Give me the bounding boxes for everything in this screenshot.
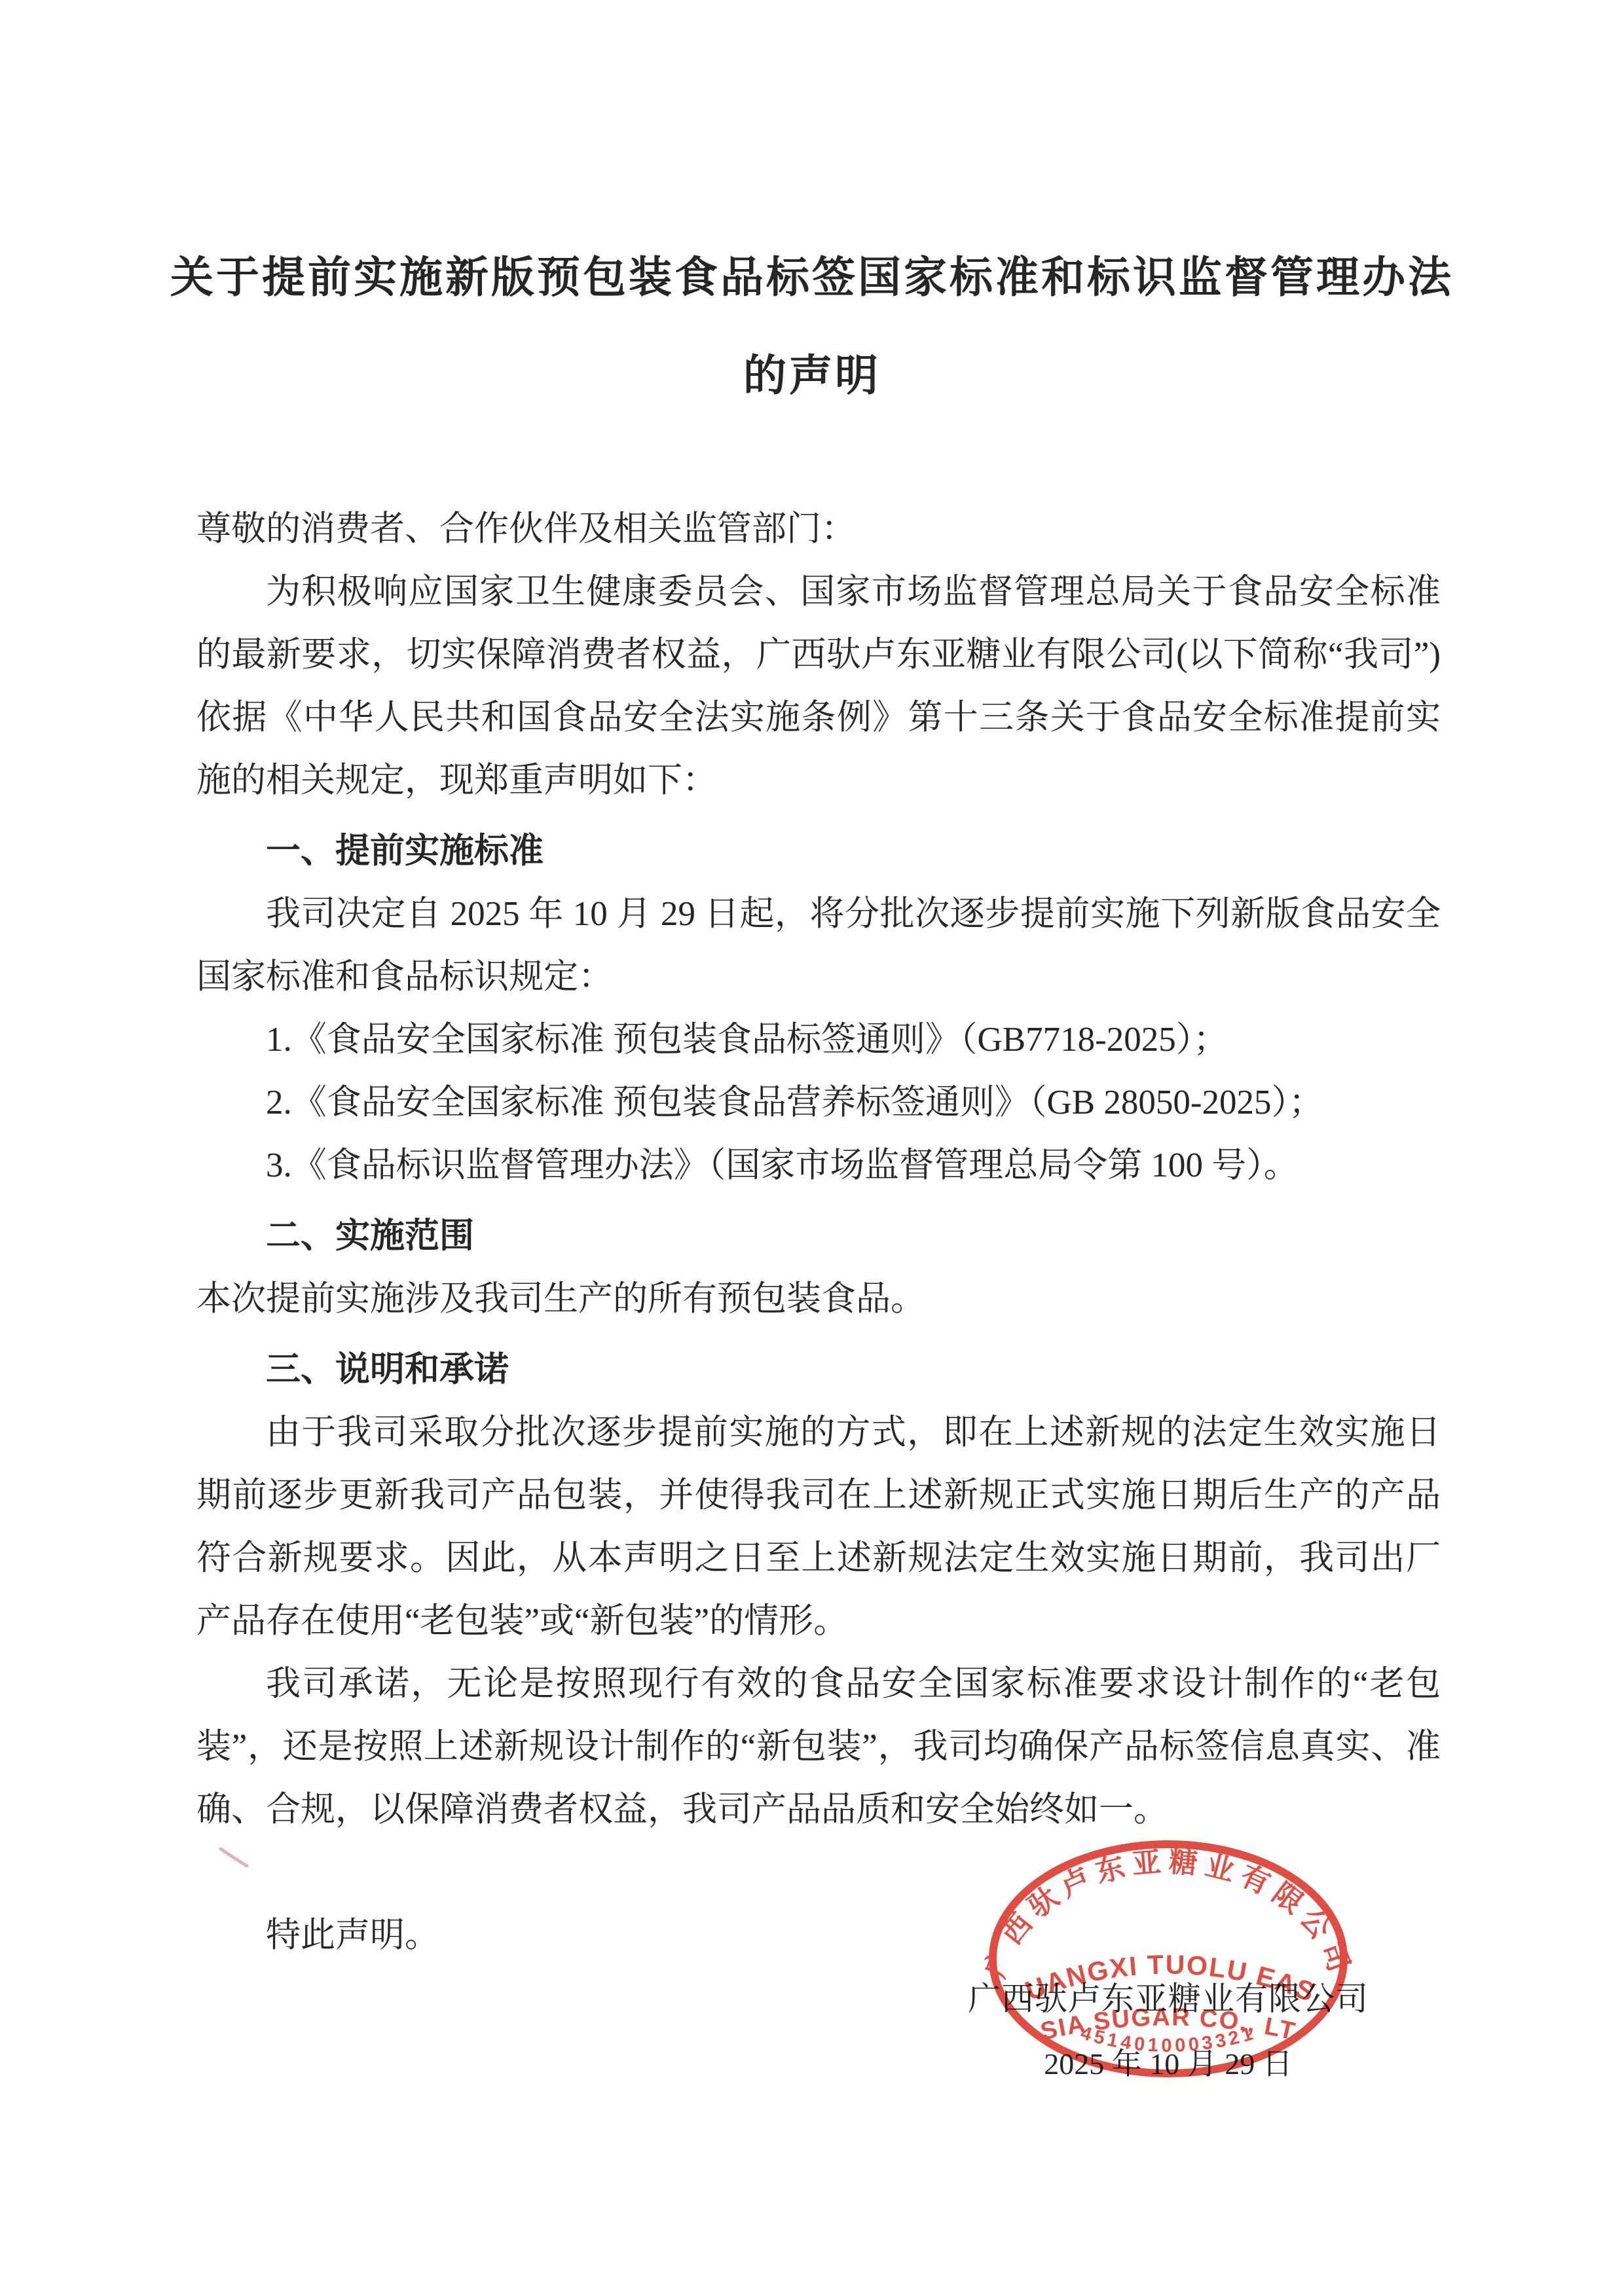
section3-heading: 三、说明和承诺 [196,1338,1441,1401]
section3-paragraph-2: 我司承诺，无论是按照现行有效的食品安全国家标准要求设计制作的“老包装”，还是按照… [196,1652,1441,1841]
title-line-1: 关于提前实施新版预包装食品标签国家标准和标识监督管理办法 [0,229,1624,327]
intro-paragraph: 为积极响应国家卫生健康委员会、国家市场监督管理总局关于食品安全标准的最新要求，切… [196,560,1441,812]
red-pen-mark-stroke [221,1849,247,1866]
section2-heading: 二、实施范围 [196,1205,1441,1267]
greeting-line: 尊敬的消费者、合作伙伴及相关监管部门： [196,498,1441,560]
document-title: 关于提前实施新版预包装食品标签国家标准和标识监督管理办法 的声明 [0,229,1624,426]
section1-heading: 一、提前实施标准 [196,820,1441,883]
standard-item-3: 3.《食品标识监督管理办法》（国家市场监督管理总局令第 100 号）。 [196,1134,1441,1197]
section2-body: 本次提前实施涉及我司生产的所有预包装食品。 [196,1267,1441,1330]
title-line-2: 的声明 [0,327,1624,426]
standard-item-1: 1.《食品安全国家标准 预包装食品标签通则》（GB7718-2025）； [196,1008,1441,1071]
standard-item-2: 2.《食品安全国家标准 预包装食品营养标签通则》（GB 28050-2025）； [196,1071,1441,1134]
section1-intro: 我司决定自 2025 年 10 月 29 日起，将分批次逐步提前实施下列新版食品… [196,883,1441,1008]
section3-paragraph-1: 由于我司采取分批次逐步提前实施的方式，即在上述新规的法定生效实施日期前逐步更新我… [196,1401,1441,1652]
document-body: 尊敬的消费者、合作伙伴及相关监管部门： 为积极响应国家卫生健康委员会、国家市场监… [196,498,1441,1967]
document-page: 关于提前实施新版预包装食品标签国家标准和标识监督管理办法 的声明 尊敬的消费者、… [0,0,1624,2296]
red-pen-mark [218,1845,249,1871]
company-seal-stamp: 广西驮卢东亚糖业有限公司 GUANGXI TUOLU EAST ASIA SUG… [980,1831,1356,2087]
